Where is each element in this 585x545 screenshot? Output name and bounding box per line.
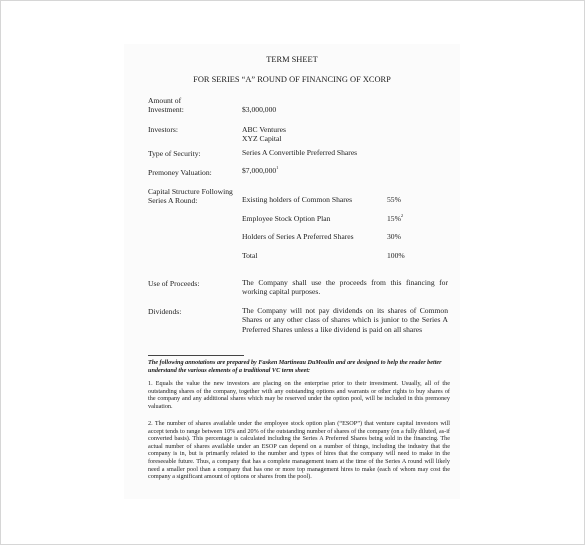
- dividends-value: The Company will not pay dividends on it…: [242, 306, 448, 334]
- cap-row-holder: Holders of Series A Preferred Shares: [242, 232, 354, 241]
- cap-row-holder: Employee Stock Option Plan: [242, 214, 330, 223]
- security-value: Series A Convertible Preferred Shares: [242, 148, 357, 157]
- cap-row-percent: 100%: [387, 251, 405, 260]
- cap-structure-label-line2: Series A Round:: [148, 196, 233, 205]
- document-title: TERM SHEET: [124, 55, 460, 64]
- cap-row-percent: 55%: [387, 195, 401, 204]
- annotation-note-1: 1. Equals the value the new investors ar…: [148, 380, 450, 410]
- cap-row-holder: Total: [242, 251, 258, 260]
- footnote-ref: 2: [401, 213, 403, 218]
- annotations-intro: The following annotations are prepared b…: [148, 359, 450, 374]
- footnote-divider: [148, 355, 244, 356]
- cap-structure-label: Capital Structure Following Series A Rou…: [148, 187, 233, 206]
- cap-row-holder: Existing holders of Common Shares: [242, 195, 352, 204]
- amount-label-line1: Amount of: [148, 96, 184, 105]
- investors-label: Investors:: [148, 125, 178, 134]
- document-page: TERM SHEET FOR SERIES “A” ROUND OF FINAN…: [124, 44, 460, 499]
- investors-values: ABC Ventures XYZ Capital: [242, 125, 286, 144]
- dividends-label: Dividends:: [148, 307, 181, 316]
- investor-item: ABC Ventures: [242, 125, 286, 134]
- proceeds-label: Use of Proceeds:: [148, 279, 199, 288]
- premoney-value: $7,000,0001: [242, 166, 278, 175]
- cap-row-percent: 30%: [387, 232, 401, 241]
- premoney-amount: $7,000,000: [242, 166, 276, 175]
- annotation-note-2: 2. The number of shares available under …: [148, 420, 450, 481]
- investor-item: XYZ Capital: [242, 134, 286, 143]
- footnote-ref: 1: [276, 165, 278, 170]
- cap-structure-label-line1: Capital Structure Following: [148, 187, 233, 196]
- cap-row-percent: 15%2: [387, 214, 403, 223]
- security-label: Type of Security:: [148, 149, 201, 158]
- amount-value: $3,000,000: [242, 105, 276, 114]
- document-subtitle: FOR SERIES “A” ROUND OF FINANCING OF XCO…: [124, 75, 460, 84]
- amount-label: Amount of Investment:: [148, 96, 184, 115]
- premoney-label: Premoney Valuation:: [148, 168, 212, 177]
- amount-label-line2: Investment:: [148, 105, 184, 114]
- cap-percent-value: 15%: [387, 214, 401, 223]
- proceeds-value: The Company shall use the proceeds from …: [242, 278, 448, 297]
